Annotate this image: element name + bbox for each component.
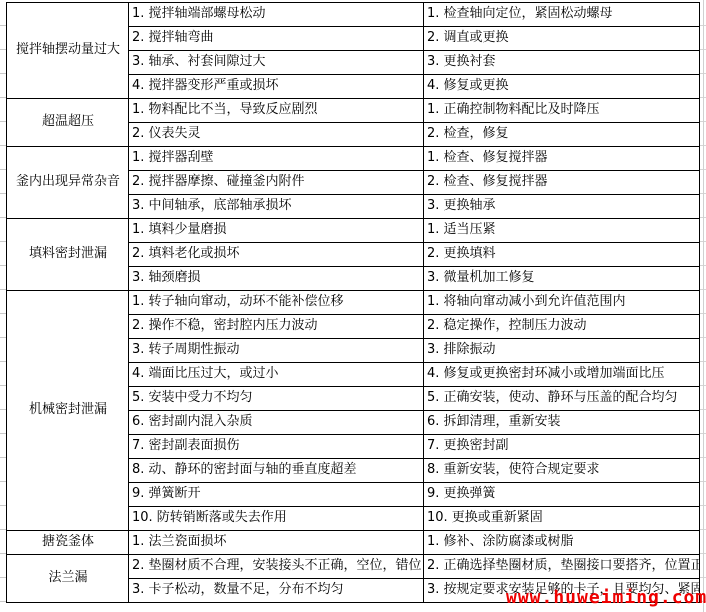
solution-cell: 1. 正确控制物料配比及时降压	[424, 99, 700, 123]
table-row: 填料密封泄漏1. 填料少量磨损1. 适当压紧	[7, 219, 700, 243]
cause-cell: 4. 搅拌器变形严重或损坏	[129, 75, 424, 99]
solution-cell: 4. 修复或更换	[424, 75, 700, 99]
cause-cell: 1. 搅拌器刮壁	[129, 147, 424, 171]
watermark: www.huweiming.com	[506, 587, 706, 608]
solution-cell: 3. 微量机加工修复	[424, 267, 700, 291]
cause-cell: 5. 安装中受力不均匀	[129, 387, 424, 411]
table-row: 法兰漏2. 垫圈材质不合理，安装接头不正确，空位，错位2. 正确选择垫圈材质，垫…	[7, 555, 700, 579]
cause-cell: 1. 转子轴向窜动，动环不能补偿位移	[129, 291, 424, 315]
solution-cell: 7. 更换密封副	[424, 435, 700, 459]
cause-cell: 2. 搅拌器摩擦、碰撞釜内附件	[129, 171, 424, 195]
cause-cell: 8. 动、静环的密封面与轴的垂直度超差	[129, 459, 424, 483]
solution-cell: 10. 更换或重新紧固	[424, 507, 700, 531]
solution-cell: 9. 更换弹簧	[424, 483, 700, 507]
cause-cell: 2. 仪表失灵	[129, 123, 424, 147]
solution-cell: 1. 适当压紧	[424, 219, 700, 243]
solution-cell: 4. 修复或更换密封环减小或增加端面比压	[424, 363, 700, 387]
cause-cell: 10. 防转销断落或失去作用	[129, 507, 424, 531]
category-cell: 超温超压	[7, 99, 129, 147]
table-row: 釜内出现异常杂音1. 搅拌器刮壁1. 检查、修复搅拌器	[7, 147, 700, 171]
solution-cell: 2. 检查、修复搅拌器	[424, 171, 700, 195]
category-cell: 搪瓷釜体	[7, 531, 129, 555]
fault-table: 搅拌轴摆动量过大1. 搅拌轴端部螺母松动1. 检查轴向定位，紧固松动螺母2. 搅…	[6, 2, 700, 603]
cause-cell: 9. 弹簧断开	[129, 483, 424, 507]
table-row: 机械密封泄漏1. 转子轴向窜动，动环不能补偿位移1. 将轴向窜动减小到允许值范围…	[7, 291, 700, 315]
solution-cell: 2. 稳定操作，控制压力波动	[424, 315, 700, 339]
category-cell: 法兰漏	[7, 555, 129, 603]
solution-cell: 1. 修补、涂防腐漆或树脂	[424, 531, 700, 555]
table-row: 超温超压1. 物料配比不当，导致反应剧烈1. 正确控制物料配比及时降压	[7, 99, 700, 123]
cause-cell: 2. 搅拌轴弯曲	[129, 27, 424, 51]
cause-cell: 3. 卡子松动，数量不足，分布不均匀	[129, 579, 424, 603]
category-cell: 釜内出现异常杂音	[7, 147, 129, 219]
solution-cell: 2. 正确选择垫圈材质，垫圈接口要搭齐，位置正确	[424, 555, 700, 579]
table-row: 搪瓷釜体1. 法兰瓷面损坏1. 修补、涂防腐漆或树脂	[7, 531, 700, 555]
fault-table-body: 搅拌轴摆动量过大1. 搅拌轴端部螺母松动1. 检查轴向定位，紧固松动螺母2. 搅…	[7, 3, 700, 603]
solution-cell: 2. 检查，修复	[424, 123, 700, 147]
solution-cell: 3. 更换轴承	[424, 195, 700, 219]
solution-cell: 1. 将轴向窜动减小到允许值范围内	[424, 291, 700, 315]
cause-cell: 3. 轴承、衬套间隙过大	[129, 51, 424, 75]
cause-cell: 2. 垫圈材质不合理，安装接头不正确，空位，错位	[129, 555, 424, 579]
solution-cell: 1. 检查、修复搅拌器	[424, 147, 700, 171]
solution-cell: 2. 更换填料	[424, 243, 700, 267]
category-cell: 填料密封泄漏	[7, 219, 129, 291]
solution-cell: 6. 拆卸清理，重新安装	[424, 411, 700, 435]
right-gridline	[703, 0, 704, 612]
cause-cell: 4. 端面比压过大，或过小	[129, 363, 424, 387]
category-cell: 机械密封泄漏	[7, 291, 129, 531]
solution-cell: 1. 检查轴向定位，紧固松动螺母	[424, 3, 700, 27]
category-cell: 搅拌轴摆动量过大	[7, 3, 129, 99]
cause-cell: 1. 法兰瓷面损坏	[129, 531, 424, 555]
cause-cell: 3. 轴颈磨损	[129, 267, 424, 291]
table-row: 搅拌轴摆动量过大1. 搅拌轴端部螺母松动1. 检查轴向定位，紧固松动螺母	[7, 3, 700, 27]
cause-cell: 6. 密封副内混入杂质	[129, 411, 424, 435]
solution-cell: 2. 调直或更换	[424, 27, 700, 51]
cause-cell: 3. 中间轴承，底部轴承损坏	[129, 195, 424, 219]
cause-cell: 2. 填料老化或损坏	[129, 243, 424, 267]
cause-cell: 3. 转子周期性振动	[129, 339, 424, 363]
solution-cell: 8. 重新安装，使符合规定要求	[424, 459, 700, 483]
cause-cell: 7. 密封副表面损伤	[129, 435, 424, 459]
cause-cell: 1. 搅拌轴端部螺母松动	[129, 3, 424, 27]
solution-cell: 3. 排除振动	[424, 339, 700, 363]
cause-cell: 1. 填料少量磨损	[129, 219, 424, 243]
cause-cell: 2. 操作不稳，密封腔内压力波动	[129, 315, 424, 339]
solution-cell: 5. 正确安装，使动、静环与压盖的配合均匀	[424, 387, 700, 411]
cause-cell: 1. 物料配比不当，导致反应剧烈	[129, 99, 424, 123]
solution-cell: 3. 更换衬套	[424, 51, 700, 75]
